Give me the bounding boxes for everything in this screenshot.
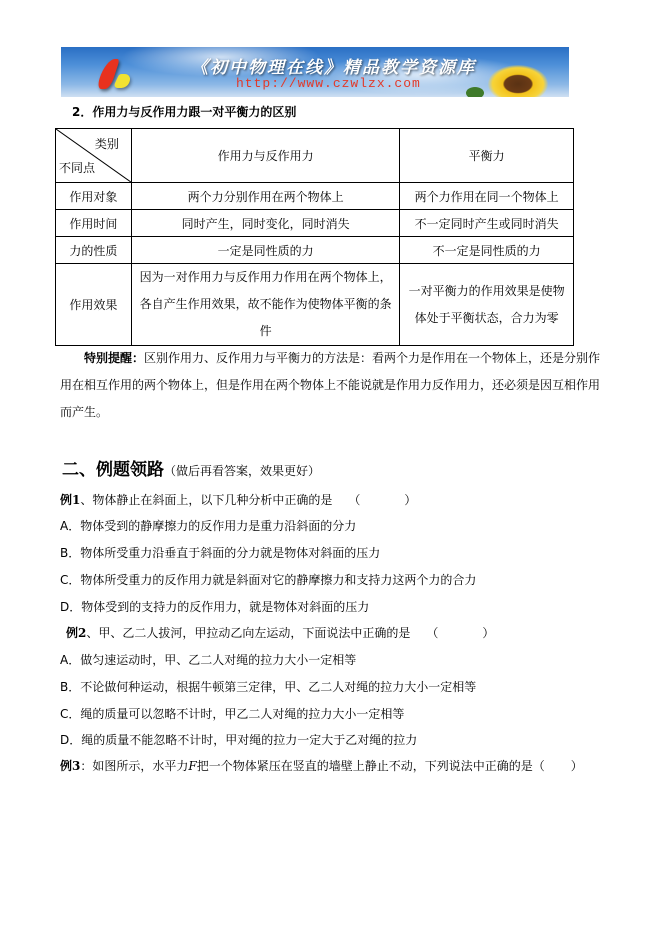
answer-blank[interactable]: （） (348, 491, 416, 508)
question-text-post: 把一个物体紧压在竖直的墙壁上静止不动，下列说法中正确的是（ (197, 759, 545, 773)
corner-cell: 类别 不同点 (56, 129, 132, 183)
leaf-decoration-icon (466, 87, 484, 97)
corner-category-label: 类别 (95, 135, 119, 152)
example-2-option-d: D．绳的质量不能忽略不计时，甲对绳的拉力一定大于乙对绳的拉力 (60, 731, 417, 748)
examples-heading: 二、例题领路（做后再看答案，效果更好） (62, 455, 320, 480)
question-text: 物体静止在斜面上，以下几种分析中正确的是 (92, 493, 332, 507)
example-1-option-a: A．物体受到的静摩擦力的反作用力是重力沿斜面的分力 (60, 517, 356, 534)
sunflower-icon (488, 65, 548, 97)
header-banner: 《初中物理在线》精品教学资源库 http://www.czwlzx.com (61, 47, 569, 97)
row-label: 作用效果 (56, 264, 132, 346)
banner-url[interactable]: http://www.czwlzx.com (236, 76, 421, 91)
cell-action-reaction: 一定是同性质的力 (131, 237, 399, 264)
separator: 、 (86, 626, 98, 640)
tip-paragraph: 特别提醒：区别作用力、反作用力与平衡力的方法是：看两个力是作用在一个物体上，还是… (60, 345, 605, 426)
cell-action-reaction: 因为一对作用力与反作用力作用在两个物体上，各自产生作用效果，故不能作为使物体平衡… (131, 264, 399, 346)
row-label: 作用时间 (56, 210, 132, 237)
answer-blank[interactable]: （） (426, 624, 494, 641)
header-action-reaction: 作用力与反作用力 (131, 129, 399, 183)
cell-balance: 一对平衡力的作用效果是使物体处于平衡状态，合力为零 (400, 264, 574, 346)
example-1-option-d: D．物体受到的支持力的反作用力，就是物体对斜面的压力 (60, 598, 369, 615)
header-balance: 平衡力 (400, 129, 574, 183)
example-3-question: 例3：如图所示，水平力F把一个物体紧压在竖直的墙壁上静止不动，下列说法中正确的是… (60, 757, 583, 774)
corner-difference-label: 不同点 (59, 159, 95, 176)
row-label: 作用对象 (56, 183, 132, 210)
cell-balance: 两个力作用在同一个物体上 (400, 183, 574, 210)
cell-action-reaction: 两个力分别作用在两个物体上 (131, 183, 399, 210)
section-heading: 2．作用力与反作用力跟一对平衡力的区别 (72, 103, 296, 120)
force-variable: F (188, 759, 196, 773)
cell-balance: 不一定是同性质的力 (400, 237, 574, 264)
separator: ： (80, 759, 92, 773)
table-row: 作用对象 两个力分别作用在两个物体上 两个力作用在同一个物体上 (56, 183, 574, 210)
example-label: 例3 (60, 759, 80, 773)
paren-open: （ (426, 626, 438, 640)
row-label: 力的性质 (56, 237, 132, 264)
table-row: 作用时间 同时产生，同时变化，同时消失 不一定同时产生或同时消失 (56, 210, 574, 237)
examples-note: （做后再看答案，效果更好） (164, 464, 320, 478)
separator: 、 (80, 493, 92, 507)
example-1-option-b: B．物体所受重力沿垂直于斜面的分力就是物体对斜面的压力 (60, 544, 380, 561)
paren-close: ） (571, 759, 583, 773)
example-2-question: 例2、甲、乙二人拔河，甲拉动乙向左运动，下面说法中正确的是（） (66, 624, 494, 641)
examples-title: 二、例题领路 (62, 460, 164, 480)
banner-title: 《初中物理在线》精品教学资源库 (191, 53, 476, 78)
example-label: 例1 (60, 493, 80, 507)
cell-action-reaction: 同时产生，同时变化，同时消失 (131, 210, 399, 237)
example-2-option-c: C．绳的质量可以忽略不计时，甲乙二人对绳的拉力大小一定相等 (60, 705, 404, 722)
paren-open: （ (348, 493, 360, 507)
example-2-option-b: B．不论做何种运动，根据牛顿第三定律，甲、乙二人对绳的拉力大小一定相等 (60, 678, 476, 695)
cell-balance: 不一定同时产生或同时消失 (400, 210, 574, 237)
question-text: 甲、乙二人拔河，甲拉动乙向左运动，下面说法中正确的是 (98, 626, 410, 640)
example-1-question: 例1、物体静止在斜面上，以下几种分析中正确的是（） (60, 491, 416, 508)
example-label: 例2 (66, 626, 86, 640)
logo-yellow-mark-icon (113, 74, 134, 88)
example-2-option-a: A．做匀速运动时，甲、乙二人对绳的拉力大小一定相等 (60, 651, 356, 668)
paren-close: ） (404, 493, 416, 507)
table-header-row: 类别 不同点 作用力与反作用力 平衡力 (56, 129, 574, 183)
table-row: 作用效果 因为一对作用力与反作用力作用在两个物体上，各自产生作用效果，故不能作为… (56, 264, 574, 346)
comparison-table: 类别 不同点 作用力与反作用力 平衡力 作用对象 两个力分别作用在两个物体上 两… (55, 128, 574, 346)
table-row: 力的性质 一定是同性质的力 不一定是同性质的力 (56, 237, 574, 264)
example-1-option-c: C．物体所受重力的反作用力就是斜面对它的静摩擦力和支持力这两个力的合力 (60, 571, 476, 588)
tip-label: 特别提醒： (84, 351, 144, 365)
question-text-pre: 如图所示，水平力 (92, 759, 188, 773)
paren-close: ） (482, 626, 494, 640)
